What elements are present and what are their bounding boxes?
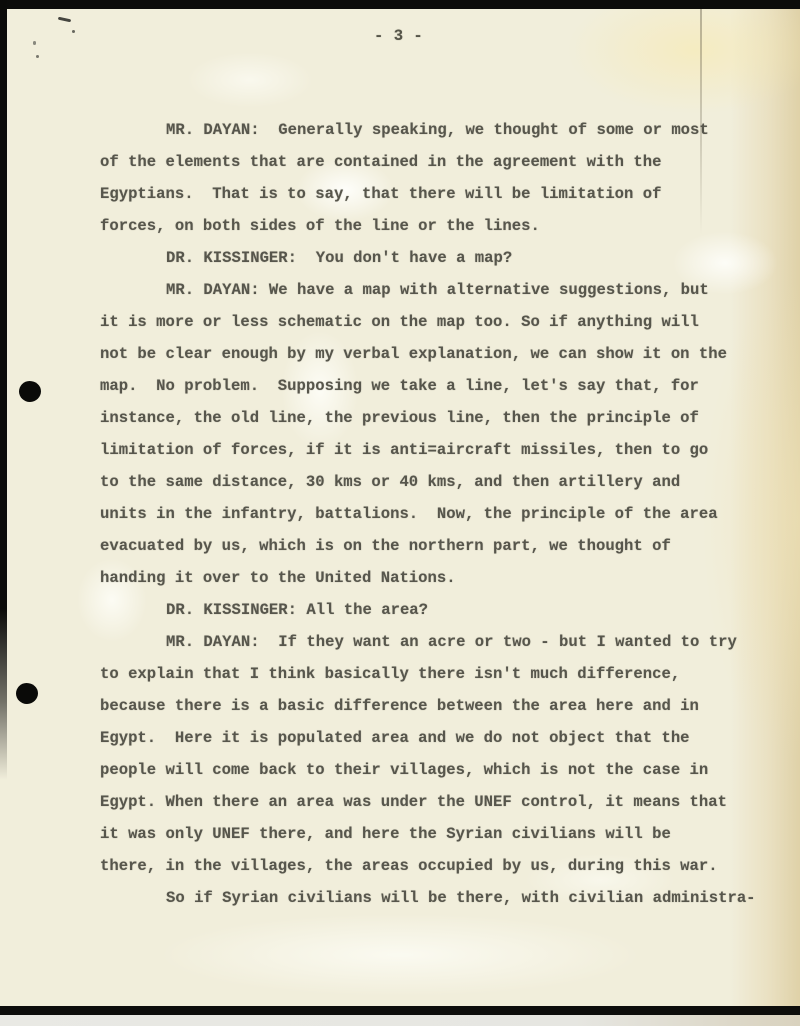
hole-punch-mark [16, 683, 38, 704]
text-line-2: of the elements that are contained in th… [100, 146, 756, 178]
hole-punch-mark [19, 381, 41, 402]
text-line-19: because there is a basic difference betw… [100, 690, 756, 722]
document-text: MR. DAYAN: Generally speaking, we though… [100, 114, 756, 914]
page-number: - 3 - [374, 27, 423, 45]
scan-margin-bottom [0, 1015, 800, 1026]
text-line-5: DR. KISSINGER: You don't have a map? [100, 242, 756, 274]
paper-sheet: - 3 - MR. DAYAN: Generally speaking, we … [0, 0, 800, 1006]
pencil-mark [58, 17, 71, 23]
text-line-6: MR. DAYAN: We have a map with alternativ… [100, 274, 756, 306]
text-line-4: forces, on both sides of the line or the… [100, 210, 756, 242]
text-line-25: So if Syrian civilians will be there, wi… [100, 882, 756, 914]
text-line-24: there, in the villages, the areas occupi… [100, 850, 756, 882]
text-line-17: MR. DAYAN: If they want an acre or two -… [100, 626, 756, 658]
text-line-13: units in the infantry, battalions. Now, … [100, 498, 756, 530]
scan-border-top [0, 0, 800, 9]
pencil-mark [72, 30, 75, 33]
text-line-14: evacuated by us, which is on the norther… [100, 530, 756, 562]
scan-border-left [0, 0, 7, 780]
text-line-8: not be clear enough by my verbal explana… [100, 338, 756, 370]
text-line-7: it is more or less schematic on the map … [100, 306, 756, 338]
pencil-mark [36, 55, 39, 58]
text-line-21: people will come back to their villages,… [100, 754, 756, 786]
text-line-23: it was only UNEF there, and here the Syr… [100, 818, 756, 850]
scanned-document-page: - 3 - MR. DAYAN: Generally speaking, we … [0, 0, 800, 1026]
text-line-18: to explain that I think basically there … [100, 658, 756, 690]
text-line-12: to the same distance, 30 kms or 40 kms, … [100, 466, 756, 498]
text-line-22: Egypt. When there an area was under the … [100, 786, 756, 818]
text-line-9: map. No problem. Supposing we take a lin… [100, 370, 756, 402]
text-line-15: handing it over to the United Nations. [100, 562, 756, 594]
text-line-3: Egyptians. That is to say, that there wi… [100, 178, 756, 210]
text-line-10: instance, the old line, the previous lin… [100, 402, 756, 434]
text-line-1: MR. DAYAN: Generally speaking, we though… [100, 114, 756, 146]
text-line-16: DR. KISSINGER: All the area? [100, 594, 756, 626]
text-line-11: limitation of forces, if it is anti=airc… [100, 434, 756, 466]
pencil-mark [33, 41, 36, 45]
text-line-20: Egypt. Here it is populated area and we … [100, 722, 756, 754]
